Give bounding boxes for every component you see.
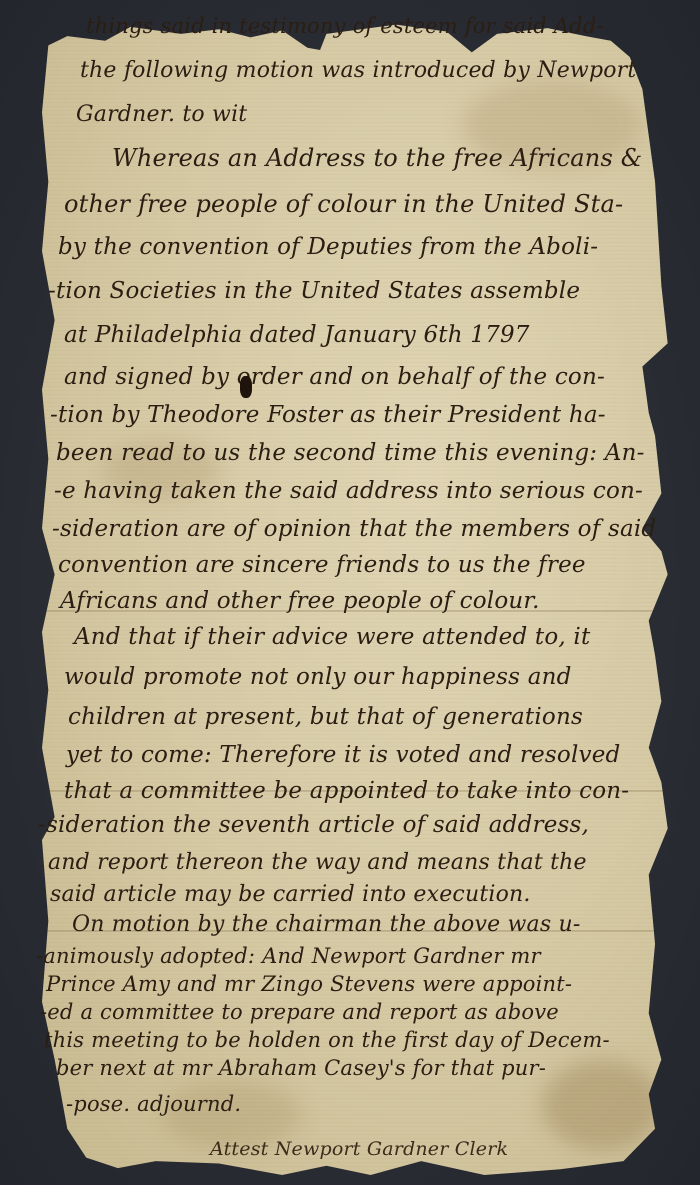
manuscript-line: the following motion was introduced by N…	[80, 58, 636, 83]
manuscript-line: would promote not only our happiness and	[64, 664, 572, 690]
manuscript-line: that a committee be appointed to take in…	[64, 778, 629, 804]
manuscript-line: convention are sincere friends to us the…	[58, 552, 586, 578]
manuscript-line: Prince Amy and mr Zingo Stevens were app…	[46, 972, 572, 996]
manuscript-line: -sideration the seventh article of said …	[38, 812, 589, 838]
manuscript-line: -e having taken the said address into se…	[54, 478, 643, 504]
clerk-signature: Attest Newport Gardner Clerk	[210, 1138, 508, 1160]
manuscript-line: -pose. adjournd.	[66, 1092, 241, 1116]
manuscript-line: And that if their advice were attended t…	[74, 624, 590, 650]
manuscript-line: Gardner. to wit	[76, 102, 247, 127]
manuscript-line: said article may be carried into executi…	[50, 882, 531, 907]
manuscript-line: Whereas an Address to the free Africans …	[112, 144, 642, 172]
manuscript-line: Africans and other free people of colour…	[60, 588, 540, 614]
manuscript-line: On motion by the chairman the above was …	[72, 912, 581, 937]
manuscript-line: and signed by order and on behalf of the…	[64, 364, 605, 390]
manuscript-line: -animously adopted: And Newport Gardner …	[36, 944, 541, 968]
ink-blot	[240, 376, 252, 398]
manuscript-line: -tion Societies in the United States ass…	[48, 278, 580, 304]
paper-stain	[542, 1060, 662, 1150]
manuscript-line: yet to come: Therefore it is voted and r…	[66, 742, 620, 768]
manuscript-line: -sideration are of opinion that the memb…	[52, 516, 656, 542]
manuscript-line: -tion by Theodore Foster as their Presid…	[50, 402, 606, 428]
manuscript-line: -ed a committee to prepare and report as…	[40, 1000, 559, 1024]
manuscript-line: at Philadelphia dated January 6th 1797	[64, 322, 530, 348]
manuscript-line: children at present, but that of generat…	[68, 704, 583, 730]
manuscript-line: this meeting to be holden on the first d…	[44, 1028, 610, 1052]
manuscript-line: been read to us the second time this eve…	[56, 440, 645, 466]
manuscript-line: things said in testimony of esteem for s…	[86, 14, 604, 38]
manuscript-line: by the convention of Deputies from the A…	[58, 234, 598, 260]
manuscript-line: and report thereon the way and means tha…	[48, 850, 587, 875]
manuscript-line: other free people of colour in the Unite…	[64, 190, 623, 218]
manuscript-line: ber next at mr Abraham Casey's for that …	[56, 1056, 546, 1080]
